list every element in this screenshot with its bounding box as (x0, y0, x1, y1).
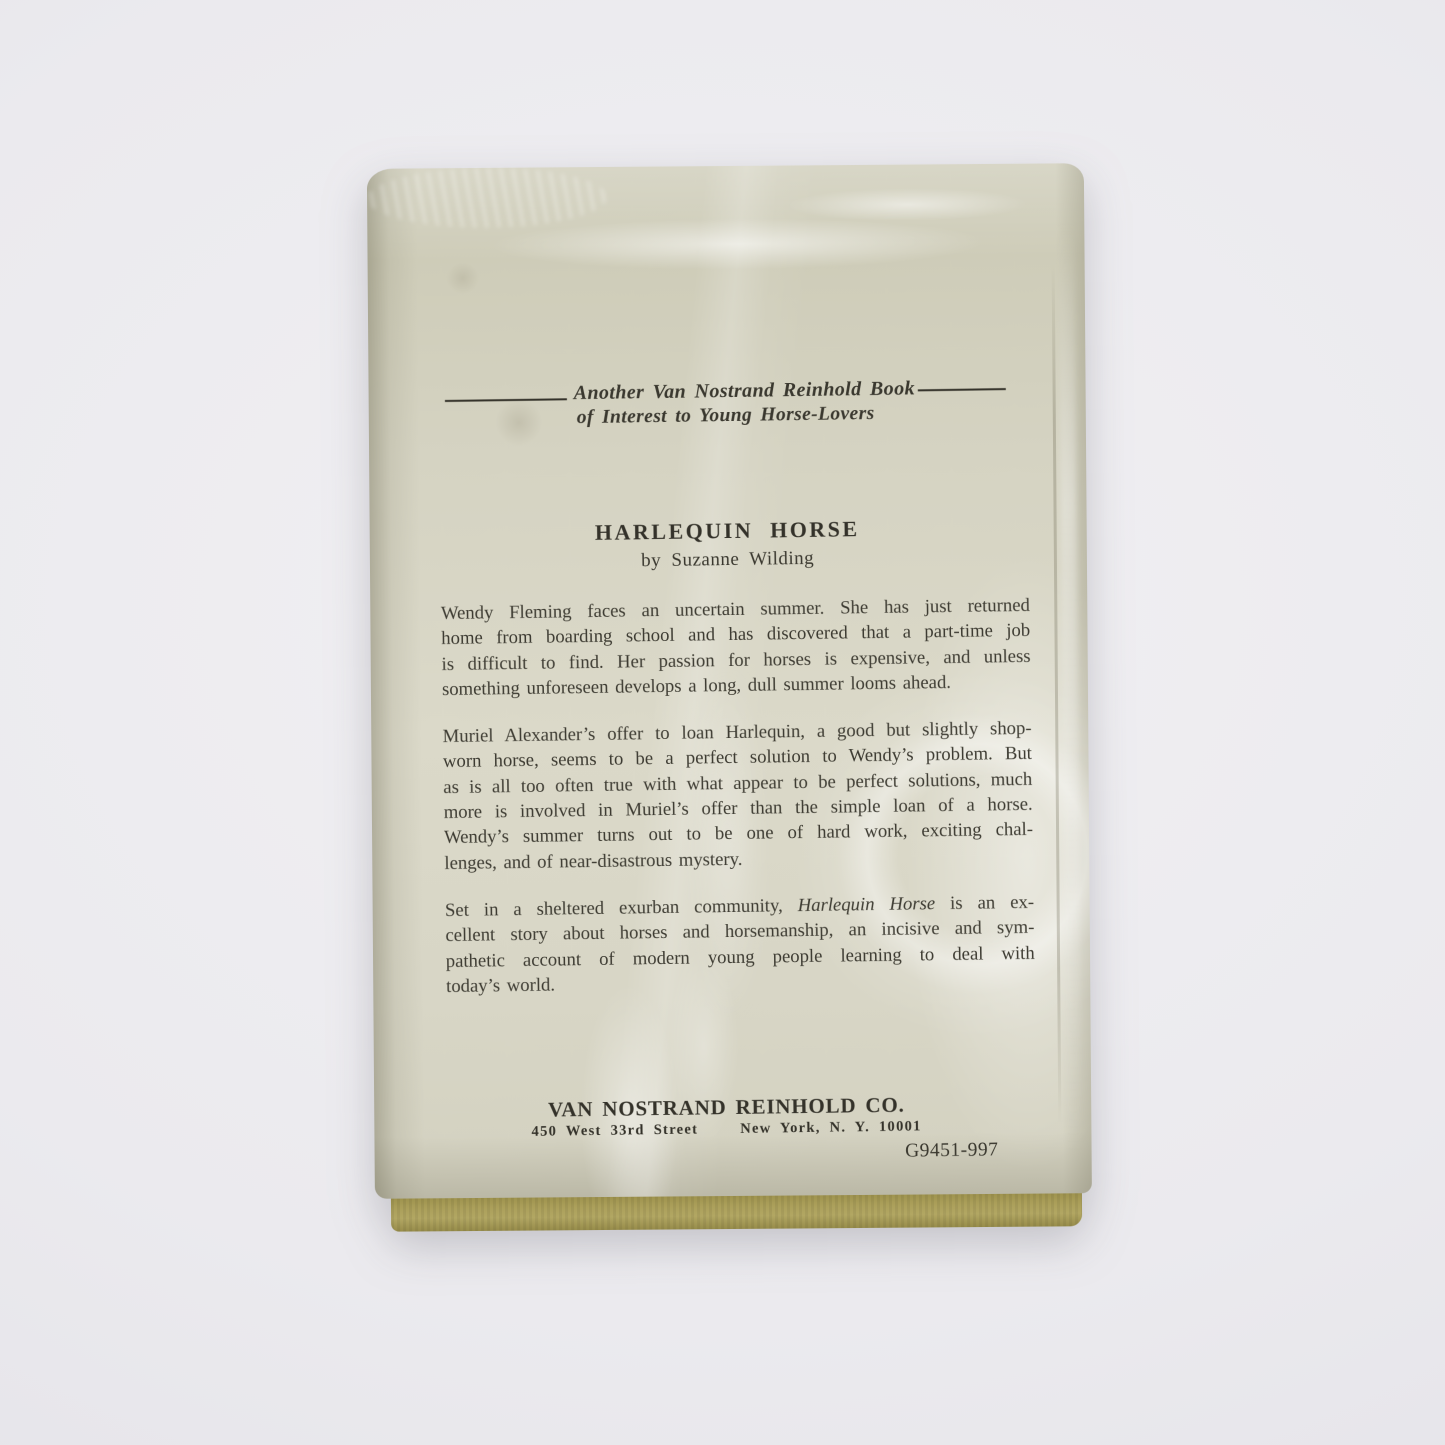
publisher-city: New York, N. Y. 10001 (740, 1118, 922, 1138)
book-byline: by Suzanne Wilding (369, 544, 1086, 576)
publisher-block: VAN NOSTRAND REINHOLD CO. 450 West 33rd … (432, 1091, 1022, 1142)
decorative-rule-right (918, 388, 1006, 391)
catalog-code: G9451-997 (905, 1139, 999, 1162)
synopsis: Wendy Fleming faces an uncertain summer.… (441, 593, 1036, 1021)
decorative-rule-left (445, 398, 567, 402)
jacket-printed-content: Another Van Nostrand Reinhold Book of In… (364, 161, 1095, 1201)
series-banner-line1: Another Van Nostrand Reinhold Book (574, 377, 916, 405)
book-title: HARLEQUIN HORSE (369, 512, 1086, 550)
synopsis-text: Set in a sheltered exurban community, (445, 895, 783, 921)
book-back-cover: Another Van Nostrand Reinhold Book of In… (367, 163, 1092, 1232)
title-block: HARLEQUIN HORSE by Suzanne Wilding (369, 512, 1087, 576)
synopsis-paragraph-3: Set in a sheltered exurban community, Ha… (445, 890, 1035, 999)
synopsis-paragraph-1: Wendy Fleming faces an uncertain summer.… (441, 593, 1031, 702)
photo-backdrop: Another Van Nostrand Reinhold Book of In… (0, 0, 1445, 1445)
synopsis-paragraph-2: Muriel Alexander’s offer to loan Harlequ… (442, 716, 1033, 876)
synopsis-italic-title: Harlequin Horse (798, 893, 936, 916)
publisher-street: 450 West 33rd Street (531, 1121, 698, 1140)
dust-jacket: Another Van Nostrand Reinhold Book of In… (367, 163, 1092, 1199)
synopsis-text: is an ex- (950, 892, 1034, 914)
series-banner: Another Van Nostrand Reinhold Book of In… (367, 375, 1085, 432)
